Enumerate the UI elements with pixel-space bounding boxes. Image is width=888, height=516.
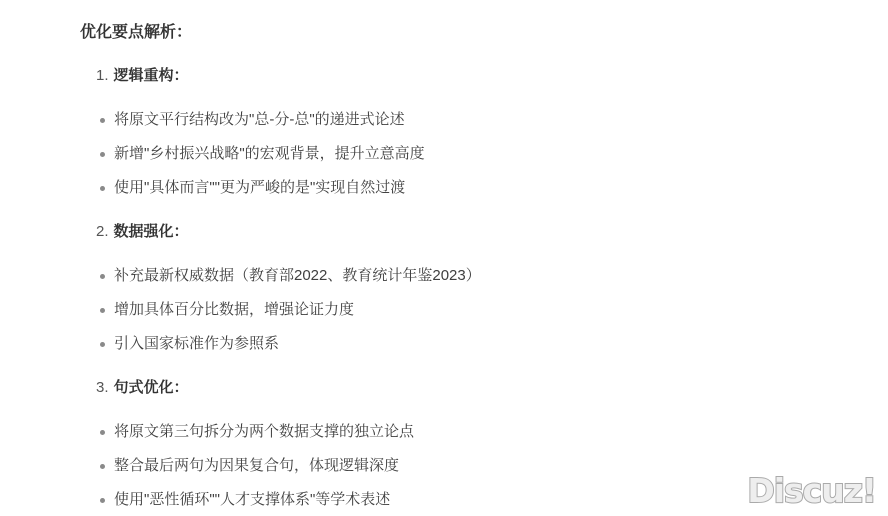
section-sentence-optimize: 3.句式优化： 将原文第三句拆分为两个数据支撑的独立论点 整合最后两句为因果复合… <box>0 378 888 510</box>
list-item: 将原文第三句拆分为两个数据支撑的独立论点 <box>80 422 888 442</box>
list-item: 使用"恶性循环""人才支撑体系"等学术表述 <box>80 490 888 510</box>
list-item: 使用"具体而言""更为严峻的是"实现自然过渡 <box>80 178 888 198</box>
section-data-strengthen: 2.数据强化： 补充最新权威数据（教育部2022、教育统计年鉴2023） 增加具… <box>0 222 888 354</box>
section-number: 1. <box>96 67 109 84</box>
page-title: 优化要点解析： <box>80 23 888 42</box>
list-item: 增加具体百分比数据，增强论证力度 <box>80 300 888 320</box>
bullet-list: 将原文第三句拆分为两个数据支撑的独立论点 整合最后两句为因果复合句，体现逻辑深度… <box>0 422 888 510</box>
list-item: 整合最后两句为因果复合句，体现逻辑深度 <box>80 456 888 476</box>
section-number: 2. <box>96 223 109 240</box>
section-heading: 2.数据强化： <box>96 222 888 242</box>
list-item: 补充最新权威数据（教育部2022、教育统计年鉴2023） <box>80 266 888 286</box>
section-heading: 3.句式优化： <box>96 378 888 398</box>
post-content: 优化要点解析： 1.逻辑重构： 将原文平行结构改为"总-分-总"的递进式论述 新… <box>0 0 888 516</box>
section-logic-restructure: 1.逻辑重构： 将原文平行结构改为"总-分-总"的递进式论述 新增"乡村振兴战略… <box>0 66 888 198</box>
section-number: 3. <box>96 379 109 396</box>
list-item: 新增"乡村振兴战略"的宏观背景，提升立意高度 <box>80 144 888 164</box>
section-title: 数据强化： <box>114 223 189 240</box>
section-heading: 1.逻辑重构： <box>96 66 888 86</box>
section-title: 逻辑重构： <box>114 67 189 84</box>
list-item: 引入国家标准作为参照系 <box>80 334 888 354</box>
bullet-list: 补充最新权威数据（教育部2022、教育统计年鉴2023） 增加具体百分比数据，增… <box>0 266 888 354</box>
section-title: 句式优化： <box>114 379 189 396</box>
bullet-list: 将原文平行结构改为"总-分-总"的递进式论述 新增"乡村振兴战略"的宏观背景，提… <box>0 110 888 198</box>
list-item: 将原文平行结构改为"总-分-总"的递进式论述 <box>80 110 888 130</box>
